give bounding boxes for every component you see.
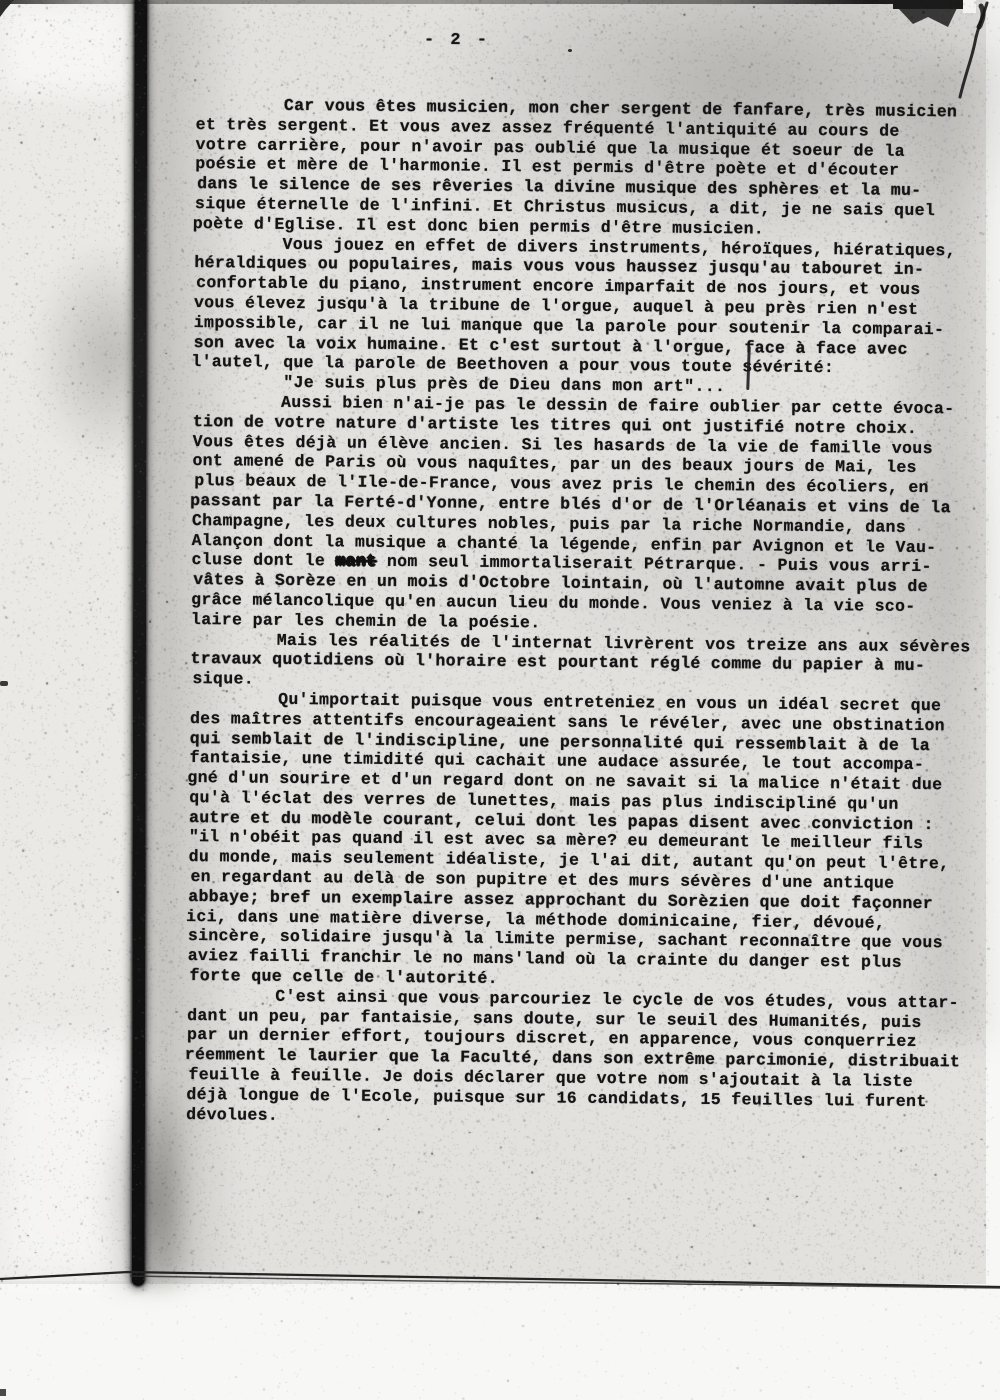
film-grain-overlay [0, 0, 1000, 1400]
scanned-page: - 2 - Car vous êtes musicien, mon cher s… [0, 0, 1000, 1400]
